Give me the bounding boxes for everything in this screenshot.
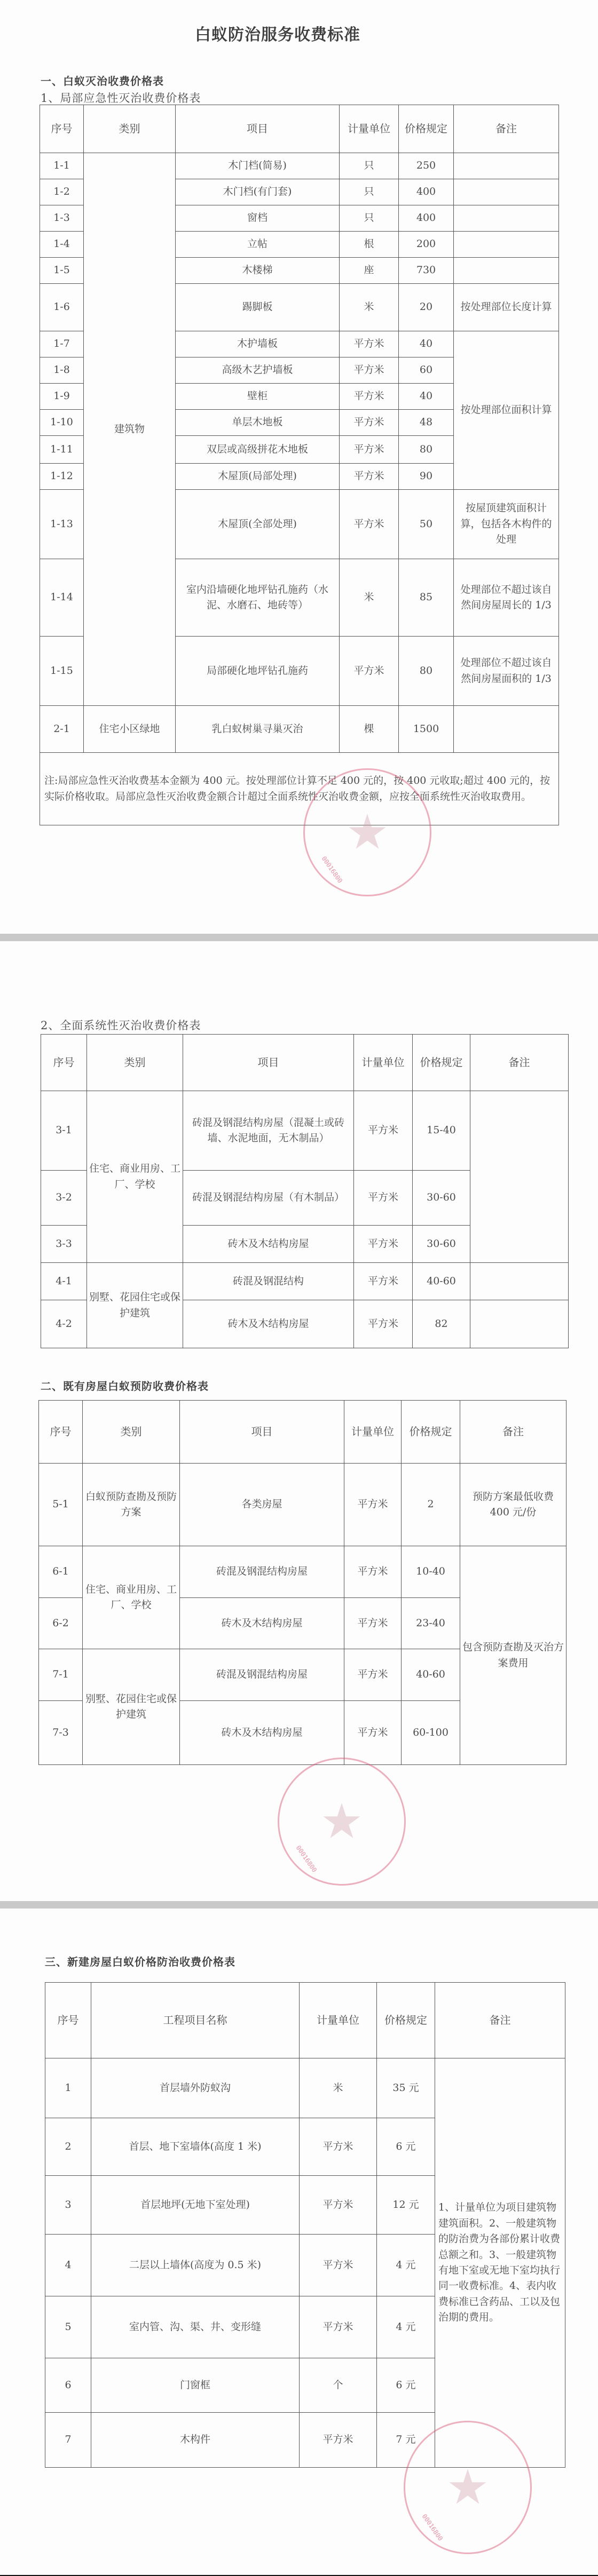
official-seal-stamp: 00016800	[278, 1758, 406, 1886]
cell-no: 1-7	[40, 331, 84, 357]
cell-item: 砖木及木结构房屋	[183, 1226, 354, 1263]
cell-unit: 平方米	[344, 1649, 402, 1701]
cell-unit: 平方米	[344, 1464, 402, 1546]
cell-no: 1-11	[40, 436, 84, 464]
page-2: 2、全面系统性灭治收费价格表 序号 类别 项目 计量单位 价格规定 备注 3-1…	[0, 941, 598, 1901]
cell-unit: 平方米	[340, 436, 399, 464]
cell-remark	[470, 1263, 569, 1300]
subsection1-heading: 1、局部应急性灭治收费价格表	[41, 90, 201, 106]
cell-price: 30-60	[413, 1171, 470, 1226]
cell-price: 60	[399, 357, 454, 384]
col-header-remark: 备注	[435, 1983, 565, 2058]
cell-remark: 处理部位不超过该自然间房屋周长的 1/3	[454, 559, 559, 637]
cell-item: 砖混及钢混结构	[183, 1263, 354, 1300]
cell-remark	[454, 258, 559, 284]
col-header-item: 工程项目名称	[91, 1983, 300, 2058]
cell-remark	[470, 1091, 569, 1263]
cell-item: 木门档(简易)	[176, 153, 340, 179]
cell-no: 1-5	[40, 258, 84, 284]
section3-heading: 三、新建房屋白蚁价格防治收费价格表	[45, 1953, 235, 1969]
col-header-remark: 备注	[470, 1035, 569, 1091]
cell-price: 6 元	[377, 2358, 435, 2413]
cell-no: 4	[45, 2235, 91, 2296]
cell-no: 2	[45, 2118, 91, 2176]
cell-price: 40-60	[413, 1263, 470, 1300]
cell-price: 48	[399, 410, 454, 436]
cell-no: 7-1	[39, 1649, 83, 1701]
cell-price: 200	[399, 232, 454, 258]
cell-no: 1-2	[40, 179, 84, 205]
col-header-unit: 计量单位	[344, 1401, 402, 1464]
cell-unit: 平方米	[340, 331, 399, 357]
table-row: 2-1 住宅小区绿地 乳白蚁树巢寻巢灭治 棵 1500	[40, 706, 559, 753]
cell-remark: 1、计量单位为项目建筑物建筑面积。2、一般建筑物的防治费为各部份累计收费总额之和…	[435, 2058, 565, 2468]
cell-price: 12 元	[377, 2176, 435, 2235]
cell-unit: 平方米	[340, 490, 399, 559]
table-row: 5-1 白蚁预防查勘及预防方案 各类房屋 平方米 2 预防方案最低收费 400 …	[39, 1464, 566, 1546]
cell-no: 1-10	[40, 410, 84, 436]
section1-heading: 一、白蚁灭治收费价格表	[41, 73, 164, 88]
cell-unit: 只	[340, 205, 399, 232]
cell-price: 7 元	[377, 2413, 435, 2468]
cell-item: 木构件	[91, 2413, 300, 2468]
cell-price: 6 元	[377, 2118, 435, 2176]
cell-unit: 平方米	[340, 384, 399, 410]
existing-building-prevention-table: 序号 类别 项目 计量单位 价格规定 备注 5-1 白蚁预防查勘及预防方案 各类…	[38, 1400, 566, 1765]
cell-price: 85	[399, 559, 454, 637]
comprehensive-treatment-table: 序号 类别 项目 计量单位 价格规定 备注 3-1 住宅、商业用房、工厂、学校 …	[41, 1034, 569, 1348]
cell-unit: 平方米	[354, 1226, 413, 1263]
cell-category: 白蚁预防查勘及预防方案	[83, 1464, 180, 1546]
table-row: 3-1 住宅、商业用房、工厂、学校 砖混及钢混结构房屋（混凝土或砖墙、水泥地面，…	[41, 1091, 569, 1171]
cell-price: 80	[399, 637, 454, 706]
cell-item: 乳白蚁树巢寻巢灭治	[176, 706, 340, 753]
cell-remark	[454, 153, 559, 179]
cell-unit: 平方米	[340, 464, 399, 490]
cell-no: 1-6	[40, 284, 84, 331]
cell-item: 门窗框	[91, 2358, 300, 2413]
page-separator	[0, 1901, 598, 1909]
cell-no: 2-1	[40, 706, 84, 753]
cell-item: 首层墙外防蚁沟	[91, 2058, 300, 2118]
page-3: 三、新建房屋白蚁价格防治收费价格表 序号 工程项目名称 计量单位 价格规定 备注…	[0, 1909, 598, 2575]
cell-item: 砖木及木结构房屋	[183, 1300, 354, 1348]
cell-unit: 只	[340, 179, 399, 205]
cell-item: 双层或高级拼花木地板	[176, 436, 340, 464]
cell-no: 1-3	[40, 205, 84, 232]
cell-no: 1-4	[40, 232, 84, 258]
cell-category: 住宅、商业用房、工厂、学校	[83, 1546, 180, 1649]
table-row: 1-1 建筑物 木门档(简易) 只 250	[40, 153, 559, 179]
cell-item: 局部硬化地坪钻孔施药	[176, 637, 340, 706]
cell-item: 木门档(有门套)	[176, 179, 340, 205]
seal-code: 00016800	[295, 1844, 319, 1873]
cell-price: 90	[399, 464, 454, 490]
cell-item: 砖混及钢混结构房屋	[180, 1546, 344, 1598]
col-header-price: 价格规定	[377, 1983, 435, 2058]
cell-no: 1-9	[40, 384, 84, 410]
cell-no: 1-1	[40, 153, 84, 179]
cell-remark: 按处理部位长度计算	[454, 284, 559, 331]
cell-unit: 米	[340, 284, 399, 331]
col-header-remark: 备注	[460, 1401, 566, 1464]
cell-no: 7-3	[39, 1701, 83, 1765]
cell-price: 15-40	[413, 1091, 470, 1171]
cell-remark: 包含预防查勘及灭治方案费用	[460, 1546, 566, 1765]
cell-item: 木屋顶(局部处理)	[176, 464, 340, 490]
table-note: 注:局部应急性灭治收费基本金额为 400 元。按处理部位计算不足 400 元的，…	[40, 753, 559, 825]
cell-unit: 平方米	[300, 2296, 377, 2358]
cell-unit: 平方米	[344, 1598, 402, 1649]
cell-price: 20	[399, 284, 454, 331]
seal-code: 00016800	[320, 855, 344, 884]
cell-unit: 平方米	[300, 2118, 377, 2176]
document-title: 白蚁防治服务收费标准	[0, 21, 555, 45]
col-header-no: 序号	[41, 1035, 87, 1091]
table-header: 序号 类别 项目 计量单位 价格规定 备注	[41, 1035, 569, 1091]
cell-price: 4 元	[377, 2296, 435, 2358]
cell-no: 4-2	[41, 1300, 87, 1348]
cell-no: 1-14	[40, 559, 84, 637]
cell-item: 二层以上墙体(高度为 0.5 米)	[91, 2235, 300, 2296]
cell-no: 3-1	[41, 1091, 87, 1171]
page-separator	[0, 934, 598, 941]
cell-item: 木护墙板	[176, 331, 340, 357]
cell-price: 730	[399, 258, 454, 284]
cell-category: 别墅、花园住宅或保护建筑	[87, 1263, 183, 1348]
cell-price: 23-40	[402, 1598, 460, 1649]
cell-no: 6	[45, 2358, 91, 2413]
cell-no: 3-2	[41, 1171, 87, 1226]
cell-unit: 个	[300, 2358, 377, 2413]
cell-price: 400	[399, 179, 454, 205]
cell-no: 6-2	[39, 1598, 83, 1649]
cell-item: 砖混及钢混结构房屋	[180, 1649, 344, 1701]
cell-item: 砖木及木结构房屋	[180, 1701, 344, 1765]
cell-item: 室内沿墙硬化地坪钻孔施药（水泥、水磨石、地砖等）	[176, 559, 340, 637]
cell-item: 木楼梯	[176, 258, 340, 284]
cell-price: 82	[413, 1300, 470, 1348]
cell-unit: 平方米	[354, 1091, 413, 1171]
col-header-item: 项目	[180, 1401, 344, 1464]
cell-unit: 平方米	[340, 637, 399, 706]
col-header-remark: 备注	[454, 105, 559, 153]
cell-unit: 平方米	[344, 1701, 402, 1765]
col-header-no: 序号	[40, 105, 84, 153]
cell-no: 1-15	[40, 637, 84, 706]
cell-price: 60-100	[402, 1701, 460, 1765]
cell-unit: 棵	[340, 706, 399, 753]
col-header-price: 价格规定	[399, 105, 454, 153]
col-header-category: 类别	[84, 105, 176, 153]
new-building-prevention-table: 序号 工程项目名称 计量单位 价格规定 备注 1 首层墙外防蚁沟 米 35 元 …	[45, 1982, 565, 2468]
cell-unit: 平方米	[300, 2413, 377, 2468]
cell-item: 木屋顶(全部处理)	[176, 490, 340, 559]
cell-price: 4 元	[377, 2235, 435, 2296]
cell-price: 80	[399, 436, 454, 464]
cell-no: 3	[45, 2176, 91, 2235]
cell-item: 砖混及钢混结构房屋（有木制品）	[183, 1171, 354, 1226]
emergency-treatment-table: 序号 类别 项目 计量单位 价格规定 备注 1-1 建筑物 木门档(简易) 只 …	[40, 105, 559, 825]
col-header-unit: 计量单位	[300, 1983, 377, 2058]
cell-remark: 按处理部位面积计算	[454, 331, 559, 490]
cell-no: 3-3	[41, 1226, 87, 1263]
subsection2-heading: 2、全面系统性灭治收费价格表	[41, 1017, 201, 1033]
cell-no: 7	[45, 2413, 91, 2468]
cell-price: 30-60	[413, 1226, 470, 1263]
cell-price: 40-60	[402, 1649, 460, 1701]
col-header-price: 价格规定	[413, 1035, 470, 1091]
cell-unit: 平方米	[300, 2176, 377, 2235]
table-header: 序号 类别 项目 计量单位 价格规定 备注	[39, 1401, 566, 1464]
cell-price: 50	[399, 490, 454, 559]
cell-item: 室内管、沟、渠、井、变形缝	[91, 2296, 300, 2358]
col-header-item: 项目	[176, 105, 340, 153]
col-header-category: 类别	[87, 1035, 183, 1091]
cell-item: 单层木地板	[176, 410, 340, 436]
cell-price: 1500	[399, 706, 454, 753]
cell-price: 10-40	[402, 1546, 460, 1598]
cell-category: 住宅、商业用房、工厂、学校	[87, 1091, 183, 1263]
cell-no: 6-1	[39, 1546, 83, 1598]
cell-no: 5-1	[39, 1464, 83, 1546]
cell-remark: 预防方案最低收费 400 元/份	[460, 1464, 566, 1546]
seal-code: 00016800	[421, 2513, 445, 2542]
col-header-no: 序号	[45, 1983, 91, 2058]
col-header-item: 项目	[183, 1035, 354, 1091]
cell-unit: 米	[340, 559, 399, 637]
cell-item: 踢脚板	[176, 284, 340, 331]
cell-unit: 平方米	[354, 1300, 413, 1348]
cell-category: 别墅、花园住宅或保护建筑	[83, 1649, 180, 1765]
cell-unit: 座	[340, 258, 399, 284]
cell-no: 1-13	[40, 490, 84, 559]
table-note-row: 注:局部应急性灭治收费基本金额为 400 元。按处理部位计算不足 400 元的，…	[40, 753, 559, 825]
cell-unit: 平方米	[354, 1263, 413, 1300]
cell-category: 住宅小区绿地	[84, 706, 176, 753]
col-header-unit: 计量单位	[354, 1035, 413, 1091]
cell-remark	[454, 232, 559, 258]
cell-no: 1-8	[40, 357, 84, 384]
cell-unit: 米	[300, 2058, 377, 2118]
col-header-category: 类别	[83, 1401, 180, 1464]
cell-item: 首层地坪(无地下室处理)	[91, 2176, 300, 2235]
cell-remark	[454, 179, 559, 205]
table-row: 1 首层墙外防蚁沟 米 35 元 1、计量单位为项目建筑物建筑面积。2、一般建筑…	[45, 2058, 565, 2118]
cell-price: 250	[399, 153, 454, 179]
cell-unit: 平方米	[340, 357, 399, 384]
cell-item: 立帖	[176, 232, 340, 258]
cell-item: 首层、地下室墙体(高度 1 米)	[91, 2118, 300, 2176]
col-header-price: 价格规定	[402, 1401, 460, 1464]
section2-heading: 二、既有房屋白蚁预防收费价格表	[41, 1378, 209, 1393]
table-row: 4-1 别墅、花园住宅或保护建筑 砖混及钢混结构 平方米 40-60	[41, 1263, 569, 1300]
cell-category: 建筑物	[84, 153, 176, 706]
cell-price: 35 元	[377, 2058, 435, 2118]
cell-price: 2	[402, 1464, 460, 1546]
table-header: 序号 类别 项目 计量单位 价格规定 备注	[40, 105, 559, 153]
cell-unit: 平方米	[344, 1546, 402, 1598]
cell-item: 壁柜	[176, 384, 340, 410]
col-header-no: 序号	[39, 1401, 83, 1464]
cell-no: 1-12	[40, 464, 84, 490]
cell-price: 400	[399, 205, 454, 232]
cell-item: 砖木及木结构房屋	[180, 1598, 344, 1649]
cell-unit: 平方米	[340, 410, 399, 436]
cell-remark	[454, 205, 559, 232]
cell-remark	[470, 1300, 569, 1348]
cell-no: 1	[45, 2058, 91, 2118]
table-header: 序号 工程项目名称 计量单位 价格规定 备注	[45, 1983, 565, 2058]
cell-price: 40	[399, 331, 454, 357]
cell-item: 高级木艺护墙板	[176, 357, 340, 384]
cell-unit: 只	[340, 153, 399, 179]
cell-remark: 按屋顶建筑面积计算，包括各木构件的处理	[454, 490, 559, 559]
cell-price: 40	[399, 384, 454, 410]
cell-item: 砖混及钢混结构房屋（混凝土或砖墙、水泥地面，无木制品）	[183, 1091, 354, 1171]
cell-unit: 根	[340, 232, 399, 258]
cell-remark	[454, 706, 559, 753]
cell-no: 5	[45, 2296, 91, 2358]
cell-item: 各类房屋	[180, 1464, 344, 1546]
col-header-unit: 计量单位	[340, 105, 399, 153]
cell-unit: 平方米	[300, 2235, 377, 2296]
cell-remark: 处理部位不超过该自然间房屋面积的 1/3	[454, 637, 559, 706]
table-row: 6-1 住宅、商业用房、工厂、学校 砖混及钢混结构房屋 平方米 10-40 包含…	[39, 1546, 566, 1598]
cell-unit: 平方米	[354, 1171, 413, 1226]
cell-no: 4-1	[41, 1263, 87, 1300]
cell-item: 窗档	[176, 205, 340, 232]
page-1: 白蚁防治服务收费标准 一、白蚁灭治收费价格表 1、局部应急性灭治收费价格表 序号…	[0, 0, 598, 934]
